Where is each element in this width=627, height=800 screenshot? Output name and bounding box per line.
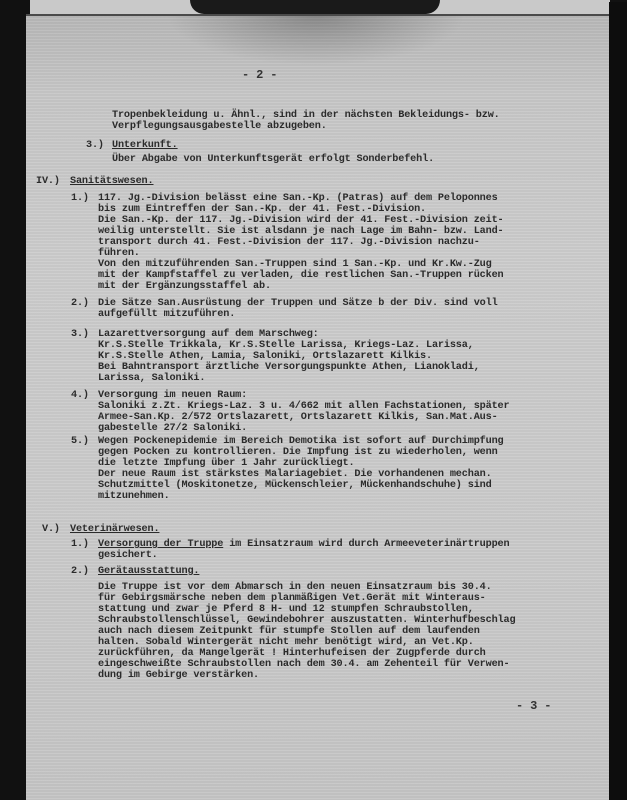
line-rest: im Einsatzraum wird durch Armeeveterinär…: [223, 539, 509, 550]
document-page: - 2 - Tropenbekleidung u. Ähnl., sind in…: [26, 14, 609, 800]
section-IV-title: Sanitätswesen.: [70, 176, 154, 187]
section-IV-item-3-line: Larissa, Saloniki.: [98, 373, 205, 384]
section-V-item-2-line: stattung und zwar je Pferd 8 H- und 12 s…: [98, 604, 474, 615]
section-IV-item-1-line: transport durch 41. Fest.-Division der 1…: [98, 237, 480, 248]
section-3-number: 3.): [86, 140, 104, 151]
section-IV-item-1-line: weilig unterstellt. Sie ist alsdann je n…: [98, 226, 504, 237]
section-IV-item-4-line: gabestelle 27/2 Saloniki.: [98, 423, 247, 434]
section-IV-item-5-line: mitzunehmen.: [98, 491, 170, 502]
section-V-item-1-line-2: gesichert.: [98, 550, 158, 561]
binder-clip-shadow: [190, 0, 440, 14]
section-IV-item-4-line: Versorgung im neuen Raum:: [98, 390, 247, 401]
section-V-item-2-title: Gerätausstattung.: [98, 566, 199, 577]
intro-line-1: Tropenbekleidung u. Ähnl., sind in der n…: [112, 110, 500, 121]
page-number-bottom: - 3 -: [516, 701, 551, 712]
section-IV-item-1-line: mit der Kampfstaffel zu verladen, die re…: [98, 270, 504, 281]
section-V-item-2-line: für Gebirgsmärsche neben dem planmäßigen…: [98, 593, 486, 604]
section-IV-item-1-line: führen.: [98, 248, 140, 259]
section-V-item-2-line: eingeschweißte Schraubstollen nach dem 3…: [98, 659, 509, 670]
section-IV-item-5-line: gegen Pocken zu kontrollieren. Die Impfu…: [98, 447, 498, 458]
scan-right-edge: [609, 2, 627, 800]
intro-line-2: Verpflegungsausgabestelle abzugeben.: [112, 121, 327, 132]
section-IV-item-1-line: mit der Ergänzungsstaffel ab.: [98, 281, 271, 292]
section-V-item-2-line: dung im Gebirge verstärken.: [98, 670, 259, 681]
section-IV-item-5-number: 5.): [71, 436, 89, 447]
section-V-item-2-number: 2.): [71, 566, 89, 577]
section-V-item-1-line-1: Versorgung der Truppe im Einsatzraum wir…: [98, 539, 509, 550]
section-V-title: Veterinärwesen.: [70, 524, 159, 535]
section-IV-item-3-line: Kr.S.Stelle Trikkala, Kr.S.Stelle Lariss…: [98, 340, 474, 351]
section-IV-item-3-line: Lazarettversorgung auf dem Marschweg:: [98, 329, 319, 340]
section-V-item-2-line: zurückführen, da Mangelgerät ! Hinterhuf…: [98, 648, 486, 659]
section-V-item-2-line: Die Truppe ist vor dem Abmarsch in den n…: [98, 582, 492, 593]
section-IV-item-4-line: Saloniki z.Zt. Kriegs-Laz. 3 u. 4/662 mi…: [98, 401, 509, 412]
section-IV-item-4-line: Armee-San.Kp. 2/572 Ortslazarett, Ortsla…: [98, 412, 498, 423]
section-IV-item-5-line: die letzte Impfung über 1 Jahr zurücklie…: [98, 458, 354, 469]
section-IV-item-3-number: 3.): [71, 329, 89, 340]
underlined-phrase: Versorgung der Truppe: [98, 539, 223, 550]
section-IV-item-4-number: 4.): [71, 390, 89, 401]
section-IV-item-1-line: 117. Jg.-Division belässt eine San.-Kp. …: [98, 193, 498, 204]
section-IV-item-2-number: 2.): [71, 298, 89, 309]
section-IV-item-2-line: Die Sätze San.Ausrüstung der Truppen und…: [98, 298, 498, 309]
page-shadow: [166, 16, 466, 66]
section-IV-item-5-line: Schutzmittel (Moskitonetze, Mückenschlei…: [98, 480, 492, 491]
section-IV-number: IV.): [36, 176, 60, 187]
section-IV-item-2-line: aufgefüllt mitzuführen.: [98, 309, 235, 320]
section-IV-item-5-line: Der neue Raum ist stärkstes Malariagebie…: [98, 469, 492, 480]
section-3-body: Über Abgabe von Unterkunftsgerät erfolgt…: [112, 154, 434, 165]
section-V-item-2-line: halten. Sobald Wintergerät nicht mehr be…: [98, 637, 474, 648]
section-IV-item-1-line: bis zum Eintreffen der San.-Kp. der 41. …: [98, 204, 426, 215]
section-IV-item-5-line: Wegen Pockenepidemie im Bereich Demotika…: [98, 436, 504, 447]
section-IV-item-1-line: Von den mitzuführenden San.-Truppen sind…: [98, 259, 492, 270]
section-IV-item-3-line: Bei Bahntransport ärztliche Versorgungsp…: [98, 362, 480, 373]
section-V-number: V.): [42, 524, 60, 535]
section-V-item-2-line: auch nach diesem Zeitpunkt für stumpfe S…: [98, 626, 480, 637]
section-V-item-2-line: Schraubstollenschlüssel, Gewindebohrer a…: [98, 615, 515, 626]
section-3-title: Unterkunft.: [112, 140, 178, 151]
page-number-top: - 2 -: [242, 70, 277, 81]
section-V-item-1-number: 1.): [71, 539, 89, 550]
section-IV-item-3-line: Kr.S.Stelle Athen, Lamia, Saloniki, Orts…: [98, 351, 432, 362]
section-IV-item-1-number: 1.): [71, 193, 89, 204]
section-IV-item-1-line: Die San.-Kp. der 117. Jg.-Division wird …: [98, 215, 504, 226]
